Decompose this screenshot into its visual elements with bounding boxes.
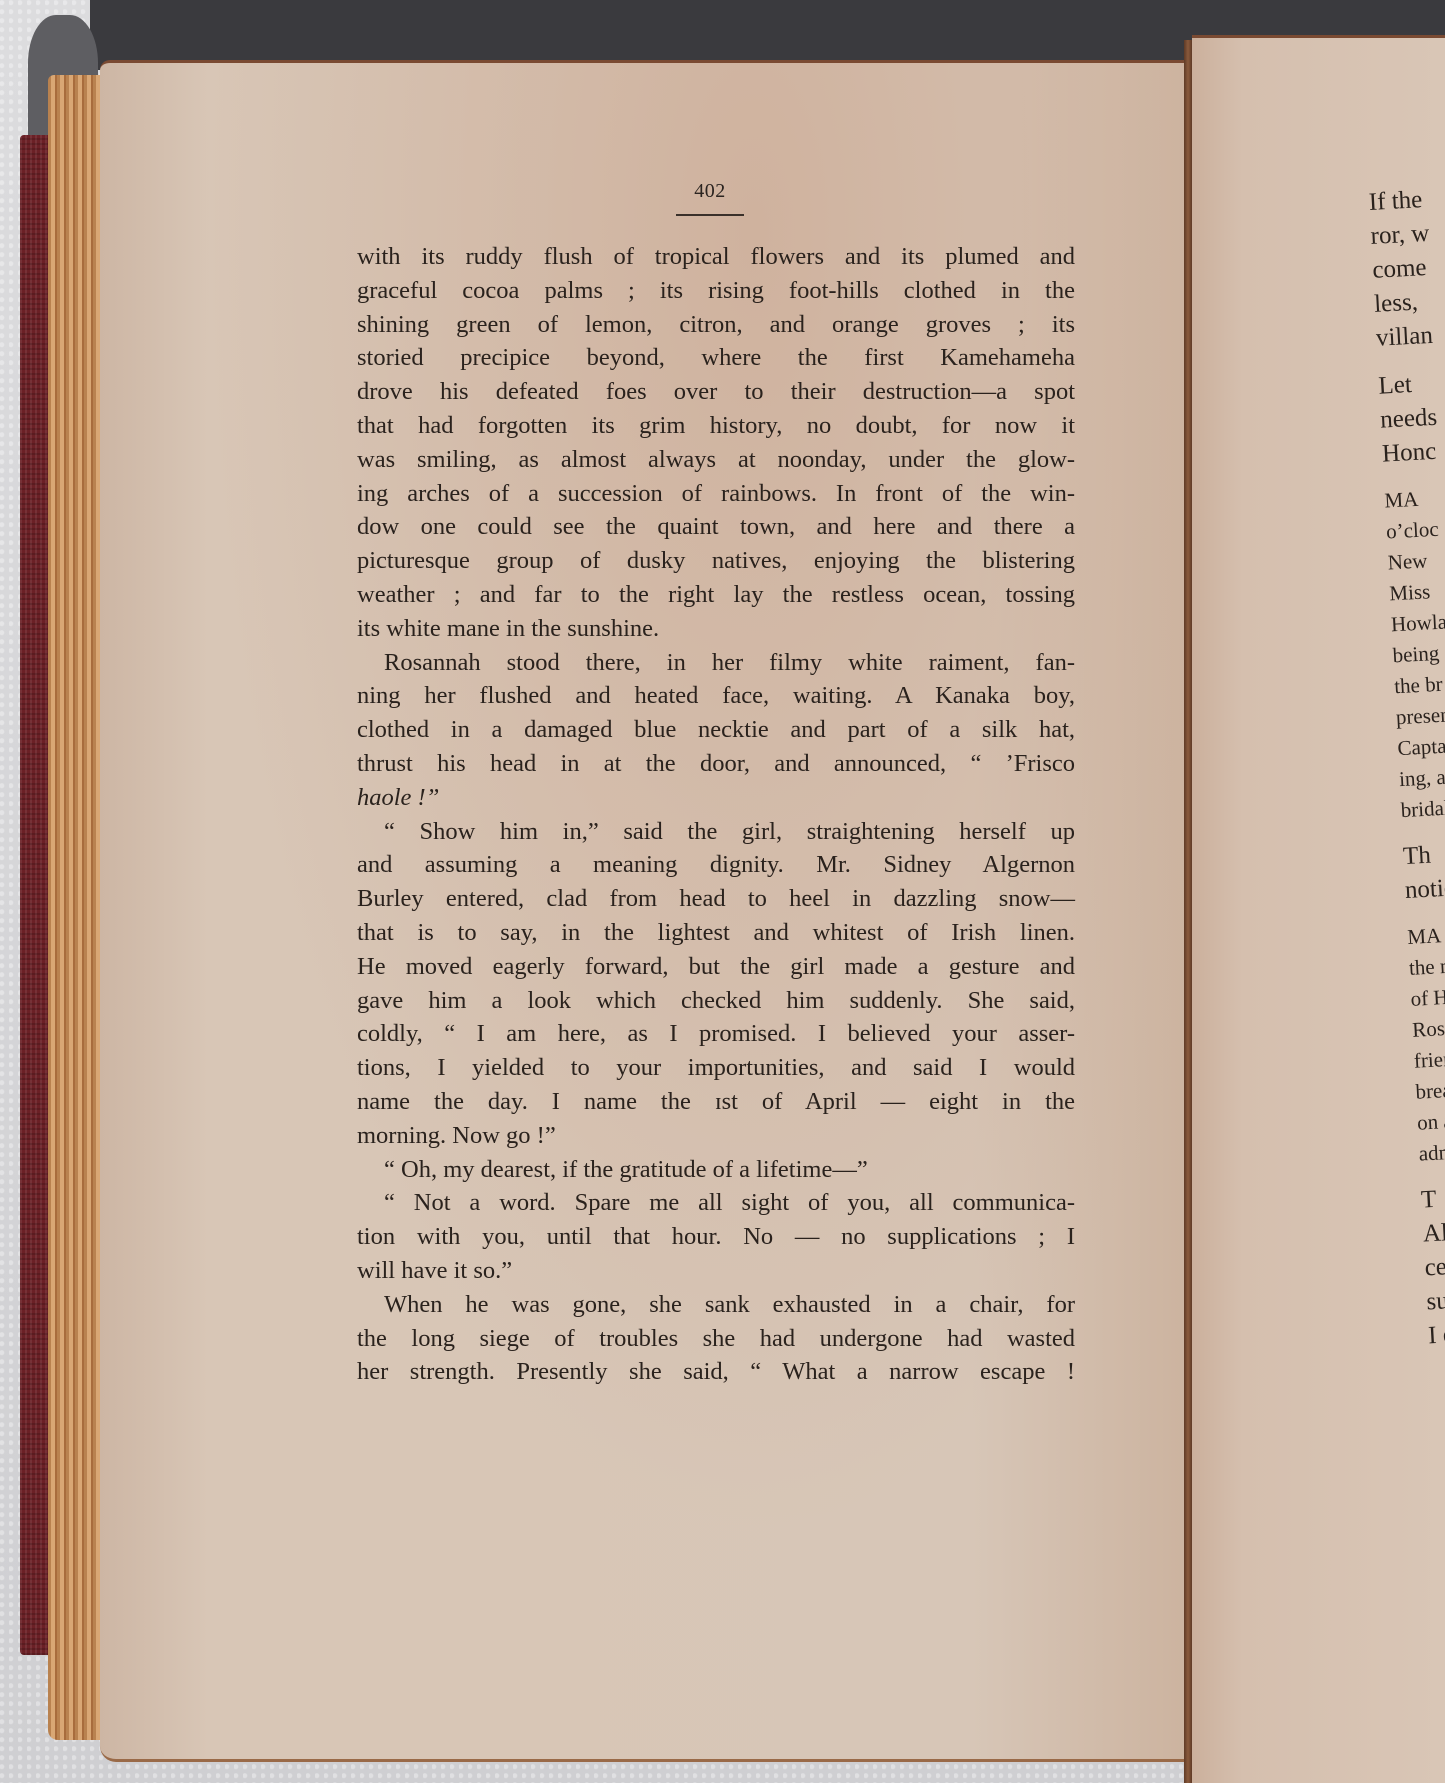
text-line: coldly, “ I am here, as I promised. I be…: [357, 1017, 1075, 1051]
text-fragment: ing, a: [1398, 760, 1445, 795]
text-line: tions, I yielded to your importunities, …: [357, 1051, 1075, 1085]
text-line: When he was gone, she sank exhausted in …: [357, 1288, 1075, 1322]
text-fragment: notic: [1404, 870, 1445, 908]
text-fragment: break: [1415, 1073, 1445, 1108]
text-line: picturesque group of dusky natives, enjo…: [357, 544, 1075, 578]
text-line: with its ruddy flush of tropical flowers…: [357, 240, 1075, 274]
text-line: its white mane in the sunshine.: [357, 612, 1075, 646]
text-fragment: Th: [1402, 836, 1445, 874]
text-line: ning her flushed and heated face, waitin…: [357, 679, 1075, 713]
text-line: her strength. Presently she said, “ What…: [357, 1355, 1075, 1389]
left-page-body-text: with its ruddy flush of tropical flowers…: [357, 240, 1075, 1389]
text-fragment: Capta: [1397, 729, 1445, 764]
text-fragment: T: [1420, 1179, 1445, 1217]
text-line: clothed in a damaged blue necktie and pa…: [357, 713, 1075, 747]
text-line: shining green of lemon, citron, and oran…: [357, 308, 1075, 342]
text-line: graceful cocoa palms ; its rising foot-h…: [357, 274, 1075, 308]
text-line: morning. Now go !”: [357, 1119, 1075, 1153]
text-fragment: villan: [1375, 318, 1445, 356]
text-fragment: bridal: [1400, 791, 1445, 826]
text-fragment: o’cloc: [1385, 512, 1445, 547]
text-line: Burley entered, clad from head to heel i…: [357, 882, 1075, 916]
text-fragment: admi: [1418, 1135, 1445, 1170]
text-line: “ Not a word. Spare me all sight of you,…: [357, 1186, 1075, 1220]
text-line: dow one could see the quaint town, and h…: [357, 510, 1075, 544]
text-fragment: of H: [1410, 980, 1445, 1015]
text-line: ing arches of a succession of rainbows. …: [357, 477, 1075, 511]
text-fragment: New: [1387, 543, 1445, 578]
page-number-rule: [676, 214, 744, 216]
book-gutter: [1184, 40, 1192, 1783]
text-fragment: MA: [1384, 481, 1445, 516]
text-line: He moved eagerly forward, but the girl m…: [357, 950, 1075, 984]
text-fragment: Miss: [1389, 574, 1445, 609]
text-fragment: If the: [1368, 182, 1445, 220]
text-fragment: come: [1372, 250, 1445, 288]
text-fragment: the br: [1393, 667, 1445, 702]
text-line: the long siege of troubles she had under…: [357, 1322, 1075, 1356]
text-line: that is to say, in the lightest and whit…: [357, 916, 1075, 950]
text-line: storied precipice beyond, where the firs…: [357, 341, 1075, 375]
text-line: Rosannah stood there, in her filmy white…: [357, 646, 1075, 680]
text-fragment: Let: [1378, 366, 1445, 404]
text-line: “ Oh, my dearest, if the gratitude of a …: [357, 1153, 1075, 1187]
page-number: 402: [675, 180, 745, 203]
text-fragment: Alon: [1422, 1213, 1445, 1251]
text-line: that had forgotten its grim history, no …: [357, 409, 1075, 443]
text-line: drove his defeated foes over to their de…: [357, 375, 1075, 409]
text-fragment: cern: [1424, 1247, 1445, 1285]
text-fragment: Honc: [1381, 433, 1445, 471]
text-line: haole !”: [357, 781, 1075, 815]
text-line: weather ; and far to the right lay the r…: [357, 578, 1075, 612]
text-fragment: less,: [1373, 284, 1445, 322]
text-line: gave him a look which checked him sudden…: [357, 984, 1075, 1018]
text-line: thrust his head in at the door, and anno…: [357, 747, 1075, 781]
text-fragment: Rosan: [1411, 1011, 1445, 1046]
page-edges: [48, 75, 108, 1740]
text-fragment: I di: [1427, 1315, 1445, 1353]
text-fragment: needs: [1379, 400, 1445, 438]
text-fragment: on a: [1416, 1104, 1445, 1139]
text-fragment: ror, w: [1370, 216, 1445, 254]
text-fragment: the m: [1408, 949, 1445, 984]
text-line: name the day. I name the ɪst of April — …: [357, 1085, 1075, 1119]
text-line: will have it so.”: [357, 1254, 1075, 1288]
text-fragment: MA: [1407, 918, 1445, 953]
text-fragment: Howla: [1390, 605, 1445, 640]
text-line: was smiling, as almost always at noonday…: [357, 443, 1075, 477]
text-line: tion with you, until that hour. No — no …: [357, 1220, 1075, 1254]
text-fragment: being: [1392, 636, 1445, 671]
text-line: and assuming a meaning dignity. Mr. Sidn…: [357, 848, 1075, 882]
text-line: “ Show him in,” said the girl, straighte…: [357, 815, 1075, 849]
text-fragment: frienc: [1413, 1042, 1445, 1077]
text-fragment: sudc: [1426, 1281, 1445, 1319]
text-fragment: presen: [1395, 698, 1445, 733]
